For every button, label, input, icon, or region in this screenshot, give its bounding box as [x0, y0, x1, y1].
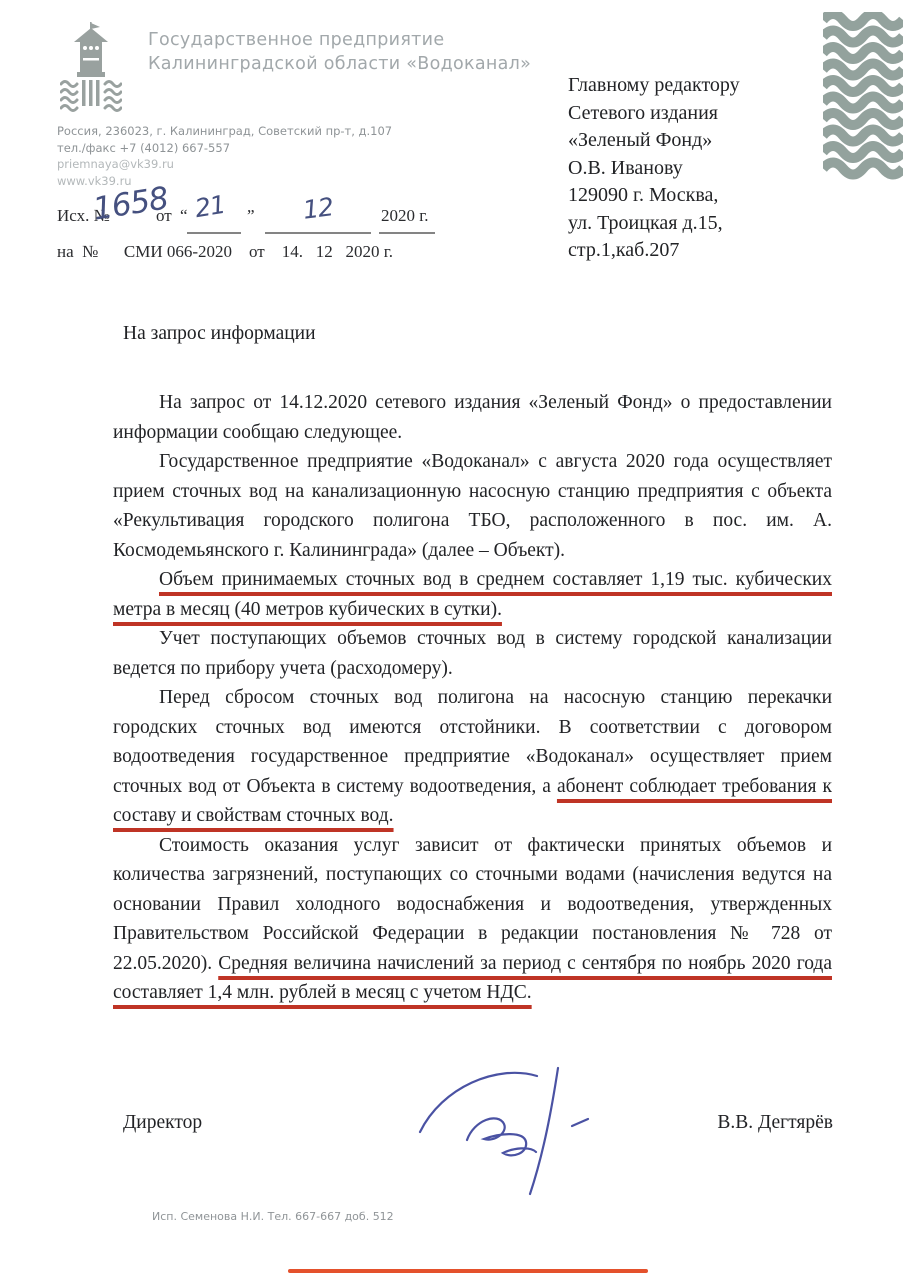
- handwritten-day: 21: [193, 190, 227, 223]
- recipient-block: Главному редактору Сетевого издания «Зел…: [568, 72, 838, 265]
- executor-note: Исп. Семенова Н.И. Тел. 667-667 доб. 512: [152, 1210, 394, 1223]
- recipient-line: 129090 г. Москва,: [568, 182, 838, 210]
- recipient-line: «Зеленый Фонд»: [568, 127, 838, 155]
- red-underlined-text: Средняя величина начислений за период с …: [113, 953, 832, 1004]
- red-underlined-text: Объем принимаемых сточных вод в среднем …: [113, 569, 832, 620]
- company-name-line1: Государственное предприятие: [148, 28, 568, 52]
- body-paragraph-5: Перед сбросом сточных вод полигона на на…: [113, 683, 832, 831]
- recipient-line: Сетевого издания: [568, 100, 838, 128]
- company-name: Государственное предприятие Калининградс…: [148, 28, 568, 76]
- blank-line: [379, 232, 435, 234]
- body-paragraph-6: Стоимость оказания услуг зависит от факт…: [113, 831, 832, 1008]
- recipient-line: О.В. Иванову: [568, 155, 838, 183]
- handwritten-month: 12: [301, 192, 334, 224]
- signer-name: В.В. Дегтярёв: [717, 1112, 833, 1134]
- blank-line: [187, 232, 241, 234]
- recipient-line: Главному редактору: [568, 72, 838, 100]
- body-paragraph-4: Учет поступающих объемов сточных вод в с…: [113, 624, 832, 683]
- blank-line: [265, 232, 371, 234]
- phone-fax: тел./факс +7 (4012) 667-557: [57, 140, 392, 157]
- position-title: Директор: [123, 1112, 202, 1134]
- recipient-line: ул. Троицкая д.15,: [568, 210, 838, 238]
- scanned-letter-page: Государственное предприятие Калининградс…: [0, 0, 905, 1280]
- year-label: 2020 г.: [381, 206, 429, 226]
- company-name-line2: Калининградской области «Водоканал»: [148, 52, 568, 76]
- vodokanal-tower-logo-icon: [60, 22, 122, 114]
- handwritten-signature-icon: [412, 1062, 622, 1197]
- from-label: от: [156, 206, 172, 226]
- postal-address: Россия, 236023, г. Калининград, Советски…: [57, 123, 392, 140]
- quote-close: ”: [247, 206, 255, 226]
- letter-body: На запрос от 14.12.2020 сетевого издания…: [113, 388, 832, 1008]
- body-paragraph-2: Государственное предприятие «Водоканал» …: [113, 447, 832, 565]
- email-text: priemnaya@vk39.ru: [57, 156, 392, 173]
- body-paragraph-1: На запрос от 14.12.2020 сетевого издания…: [113, 388, 832, 447]
- recipient-line: стр.1,каб.207: [568, 237, 838, 265]
- outgoing-reference-line: Исх. № 1658 от “ 21 ” 12 2020 г.: [57, 196, 487, 242]
- body-paragraph-3: Объем принимаемых сточных вод в среднем …: [113, 565, 832, 624]
- letterhead-contacts: Россия, 236023, г. Калининград, Советски…: [57, 123, 392, 189]
- subject-line: На запрос информации: [123, 323, 316, 345]
- bottom-accent-line: [288, 1269, 648, 1273]
- quote-open: “: [180, 206, 188, 226]
- website-text: www.vk39.ru: [57, 173, 392, 190]
- reply-reference-line: на № СМИ 066-2020 от 14. 12 2020 г.: [57, 242, 393, 262]
